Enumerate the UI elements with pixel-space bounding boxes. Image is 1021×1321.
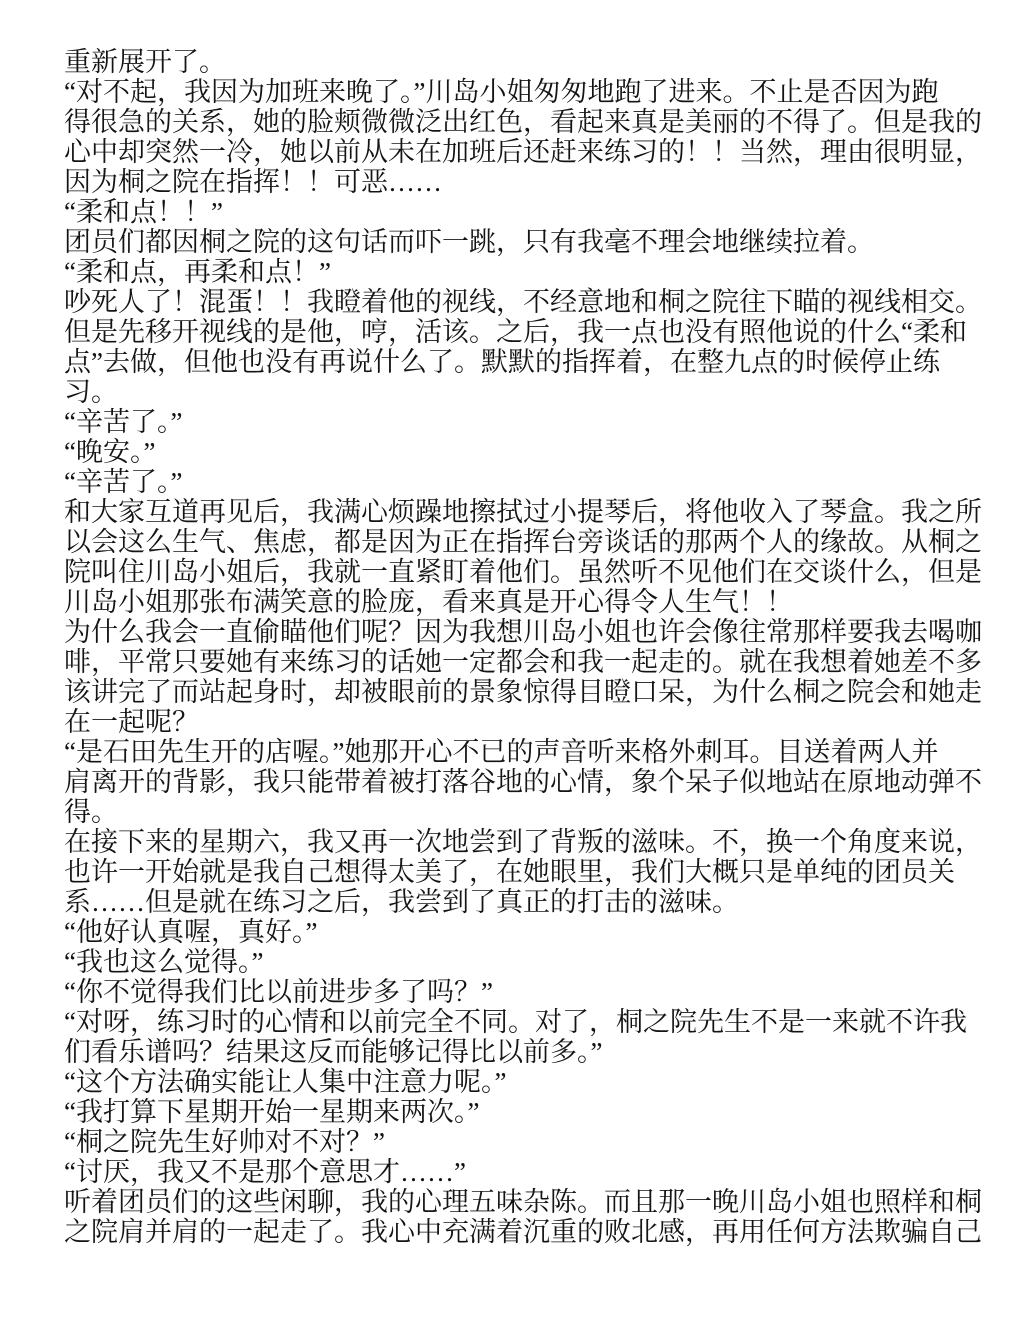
- text-line: “对不起，我因为加班来晚了。”川岛小姐匆匆地跑了进来。不止是否因为跑: [64, 77, 994, 107]
- text-line: 以会这么生气、焦虑，都是因为正在指挥台旁谈话的那两个人的缘故。从桐之: [64, 527, 994, 557]
- text-line: 习。: [64, 377, 994, 407]
- text-line: “柔和点！！”: [64, 197, 994, 227]
- text-line: 得。: [64, 797, 994, 827]
- text-line: 为什么我会一直偷瞄他们呢？因为我想川岛小姐也许会像往常那样要我去喝咖: [64, 617, 994, 647]
- text-line: 点”去做，但他也没有再说什么了。默默的指挥着，在整九点的时候停止练: [64, 347, 994, 377]
- text-line: 团员们都因桐之院的这句话而吓一跳，只有我毫不理会地继续拉着。: [64, 227, 994, 257]
- text-line: 重新展开了。: [64, 47, 994, 77]
- text-line: “讨厌，我又不是那个意思才……”: [64, 1157, 994, 1187]
- text-line: “晚安。”: [64, 437, 994, 467]
- text-line: “辛苦了。”: [64, 467, 994, 497]
- text-line: “我也这么觉得。”: [64, 947, 994, 977]
- text-line: “柔和点，再柔和点！”: [64, 257, 994, 287]
- page: 重新展开了。“对不起，我因为加班来晚了。”川岛小姐匆匆地跑了进来。不止是否因为跑…: [0, 0, 1021, 1321]
- novel-text: 重新展开了。“对不起，我因为加班来晚了。”川岛小姐匆匆地跑了进来。不止是否因为跑…: [64, 47, 994, 1247]
- text-line: 和大家互道再见后，我满心烦躁地擦拭过小提琴后，将他收入了琴盒。我之所: [64, 497, 994, 527]
- text-line: 在接下来的星期六，我又再一次地尝到了背叛的滋味。不，换一个角度来说，: [64, 827, 994, 857]
- text-line: 该讲完了而站起身时，却被眼前的景象惊得目瞪口呆，为什么桐之院会和她走: [64, 677, 994, 707]
- text-line: “你不觉得我们比以前进步多了吗？”: [64, 977, 994, 1007]
- text-line: 心中却突然一冷，她以前从未在加班后还赶来练习的！！当然，理由很明显，: [64, 137, 994, 167]
- text-line: 院叫住川岛小姐后，我就一直紧盯着他们。虽然听不见他们在交谈什么，但是: [64, 557, 994, 587]
- text-line: 在一起呢？: [64, 707, 994, 737]
- text-line: 们看乐谱吗？结果这反而能够记得比以前多。”: [64, 1037, 994, 1067]
- text-line: 系……但是就在练习之后，我尝到了真正的打击的滋味。: [64, 887, 994, 917]
- text-line: 啡，平常只要她有来练习的话她一定都会和我一起走的。就在我想着她差不多: [64, 647, 994, 677]
- text-line: 听着团员们的这些闲聊，我的心理五味杂陈。而且那一晚川岛小姐也照样和桐: [64, 1187, 994, 1217]
- text-line: 因为桐之院在指挥！！可恶……: [64, 167, 994, 197]
- text-line: 川岛小姐那张布满笑意的脸庞，看来真是开心得令人生气！！: [64, 587, 994, 617]
- text-line: “这个方法确实能让人集中注意力呢。”: [64, 1067, 994, 1097]
- text-line: 得很急的关系，她的脸颊微微泛出红色，看起来真是美丽的不得了。但是我的: [64, 107, 994, 137]
- text-line: “是石田先生开的店喔。”她那开心不已的声音听来格外刺耳。目送着两人并: [64, 737, 994, 767]
- text-line: “桐之院先生好帅对不对？”: [64, 1127, 994, 1157]
- text-line: 吵死人了！混蛋！！我瞪着他的视线，不经意地和桐之院往下瞄的视线相交。: [64, 287, 994, 317]
- text-line: “辛苦了。”: [64, 407, 994, 437]
- text-line: 也许一开始就是我自己想得太美了，在她眼里，我们大概只是单纯的团员关: [64, 857, 994, 887]
- text-line: “我打算下星期开始一星期来两次。”: [64, 1097, 994, 1127]
- text-line: 之院肩并肩的一起走了。我心中充满着沉重的败北感，再用任何方法欺骗自己: [64, 1217, 994, 1247]
- text-line: “他好认真喔，真好。”: [64, 917, 994, 947]
- text-line: 但是先移开视线的是他，哼，活该。之后，我一点也没有照他说的什么“柔和: [64, 317, 994, 347]
- text-line: “对呀，练习时的心情和以前完全不同。对了，桐之院先生不是一来就不许我: [64, 1007, 994, 1037]
- text-line: 肩离开的背影，我只能带着被打落谷地的心情，象个呆子似地站在原地动弹不: [64, 767, 994, 797]
